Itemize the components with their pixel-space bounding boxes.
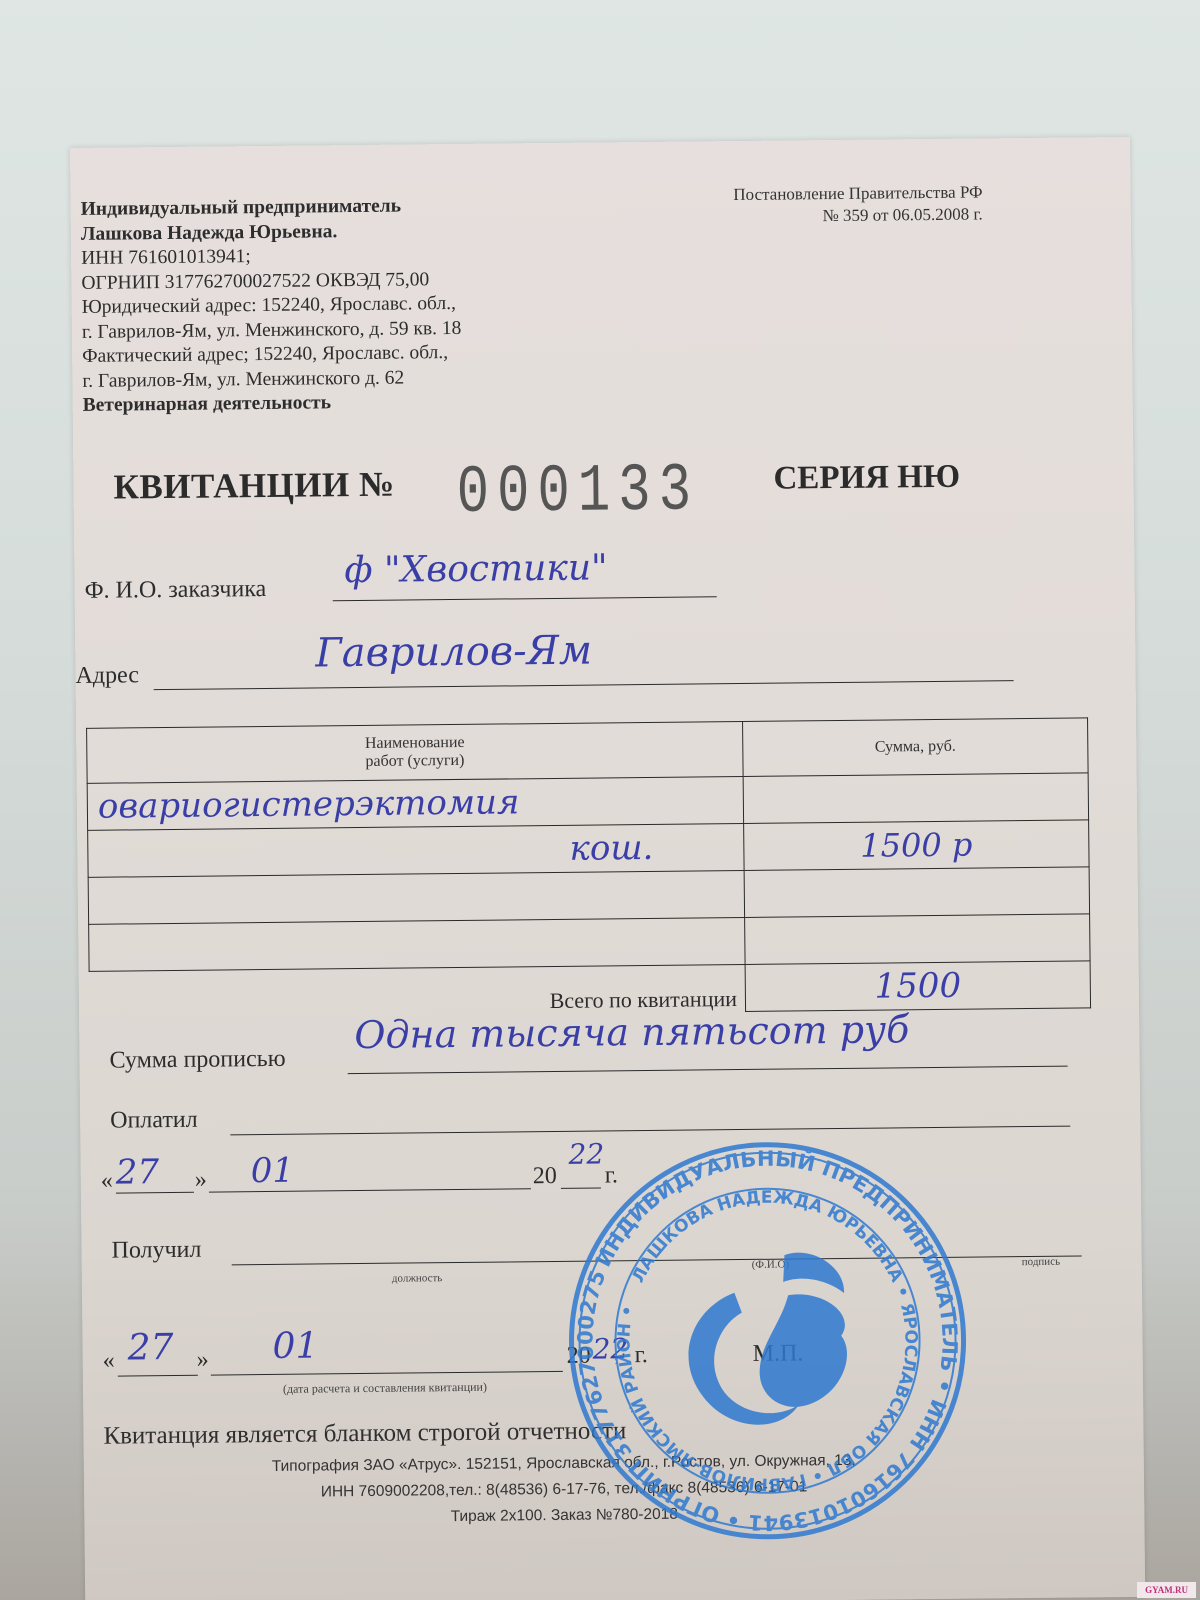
- decree-reference: Постановление Правительства РФ № 359 от …: [733, 181, 983, 228]
- issuer-block: Индивидуальный предприниматель Лашкова Н…: [81, 194, 463, 418]
- receipt-number: 000133: [456, 453, 699, 532]
- settlement-month-field[interactable]: 01: [272, 1325, 318, 1366]
- service-sum-cell[interactable]: [744, 867, 1089, 918]
- settlement-close-quote: »: [197, 1347, 209, 1374]
- service-sum-cell[interactable]: [743, 773, 1088, 824]
- services-table: Наименование работ (услуги) Сумма, руб. …: [86, 717, 1091, 1018]
- signature-caption: подпись: [1022, 1256, 1060, 1268]
- amount-words-field[interactable]: Одна тысяча пятьсот руб: [354, 1007, 909, 1057]
- decree-line-1: Постановление Правительства РФ: [733, 181, 982, 206]
- position-caption: должность: [392, 1272, 443, 1285]
- watermark: GYAM.RU: [1137, 1582, 1196, 1598]
- paid-year-suffix: г.: [605, 1162, 618, 1189]
- stamp-inner-text: ЛАШКОВА НАДЕЖДА ЮРЬЕВНА • ЯРОСЛАВСКАЯ ОБ…: [565, 1138, 970, 1544]
- settlement-day-underline: [118, 1375, 198, 1377]
- issuer-legal-address-1: Юридический адрес: 152240, Ярославс. обл…: [82, 292, 462, 320]
- service-sum-cell[interactable]: [745, 914, 1090, 965]
- settlement-day-field[interactable]: 27: [127, 1327, 173, 1368]
- amount-words-label: Сумма прописью: [109, 1046, 285, 1075]
- paid-year-field[interactable]: 22: [568, 1137, 604, 1170]
- paid-year-prefix: 20: [533, 1163, 557, 1190]
- receipt-series: СЕРИЯ НЮ: [773, 459, 960, 498]
- service-name-cell[interactable]: [89, 917, 745, 971]
- service-name-cell[interactable]: овариогистерэктомия: [87, 776, 743, 830]
- paid-month-field[interactable]: 01: [251, 1151, 295, 1191]
- settlement-open-quote: «: [103, 1348, 115, 1375]
- received-label: Получил: [111, 1237, 201, 1265]
- settlement-month-underline: [211, 1371, 563, 1376]
- customer-underline: [333, 596, 717, 601]
- settlement-caption: (дата расчета и составления квитанции): [283, 1380, 487, 1397]
- customer-label: Ф. И.О. заказчика: [85, 576, 267, 605]
- amount-words-underline: [348, 1066, 1068, 1075]
- total-value[interactable]: 1500: [745, 961, 1090, 1012]
- issuer-actual-address-1: Фактический адрес; 152240, Ярославс. обл…: [82, 341, 462, 369]
- cat-dog-logo-icon: [667, 1223, 882, 1453]
- column-header-sum: Сумма, руб.: [743, 718, 1089, 777]
- paid-label: Оплатил: [110, 1107, 198, 1135]
- decree-line-2: № 359 от 06.05.2008 г.: [733, 203, 982, 228]
- paid-date-open-quote: «: [101, 1168, 113, 1195]
- issuer-activity: Ветеринарная деятельность: [83, 390, 463, 418]
- customer-field[interactable]: ф "Хвостики": [344, 547, 608, 591]
- paid-day-field[interactable]: 27: [116, 1152, 160, 1192]
- service-sum-cell[interactable]: 1500 р: [744, 820, 1089, 871]
- address-label: Адрес: [75, 662, 139, 690]
- address-underline: [154, 680, 1014, 690]
- service-name-cell[interactable]: кош.: [88, 823, 744, 877]
- service-name-cell[interactable]: [88, 870, 744, 924]
- receipt-form: Индивидуальный предприниматель Лашкова Н…: [70, 137, 1145, 1600]
- paid-year-underline: [561, 1187, 601, 1188]
- column-header-name: Наименование работ (услуги): [87, 721, 744, 783]
- address-field[interactable]: Гаврилов-Ям: [315, 628, 592, 677]
- receipt-title: КВИТАНЦИИ №: [113, 465, 395, 508]
- paid-date-close-quote: »: [195, 1167, 207, 1194]
